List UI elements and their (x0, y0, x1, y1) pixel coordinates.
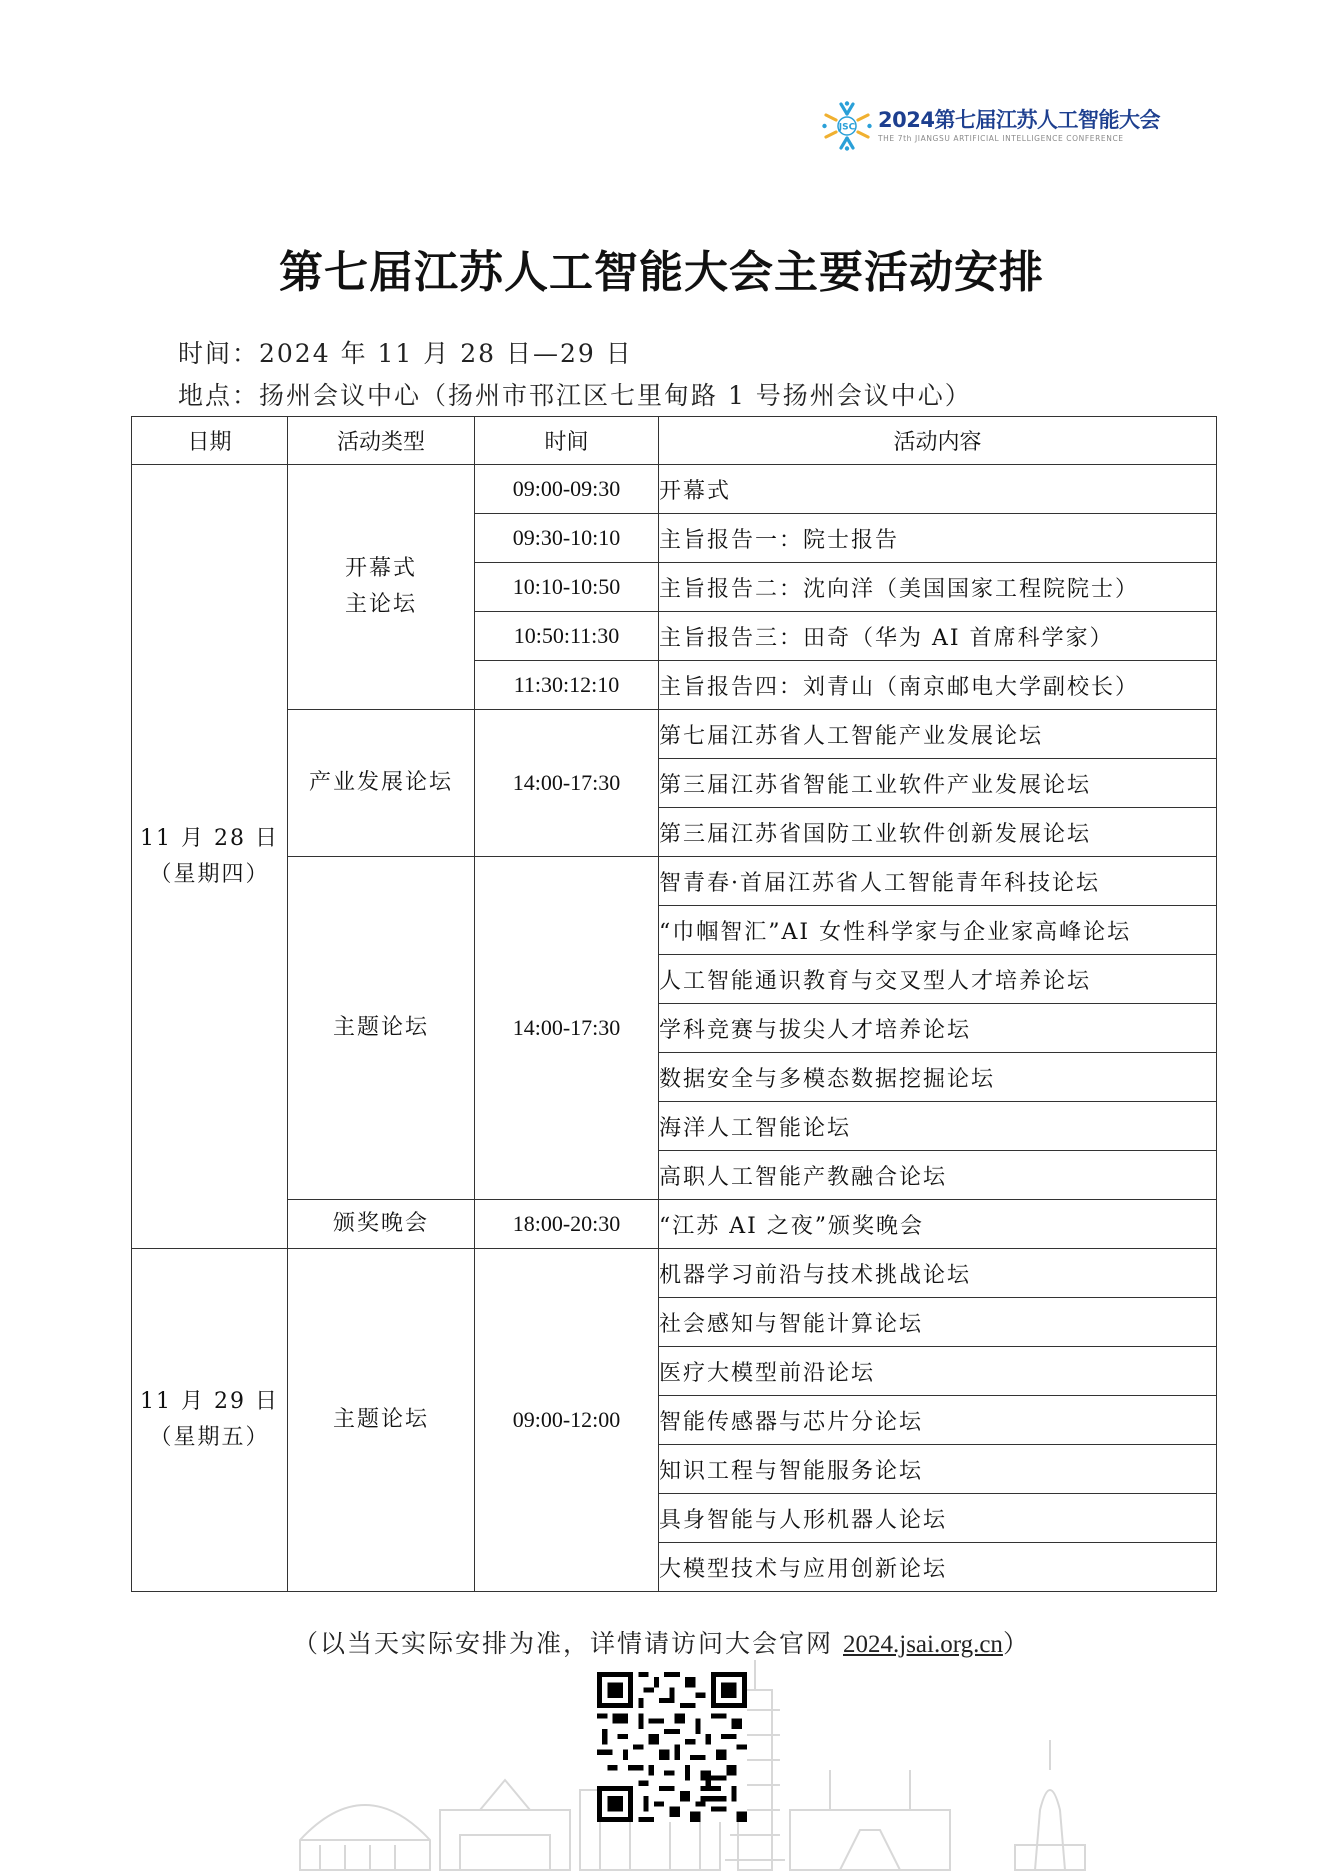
date-cell: 11 月 28 日 （星期四） (132, 465, 288, 1249)
time-cell: 10:50:11:30 (475, 612, 659, 661)
table-row: 主题论坛 14:00-17:30 智青春·首届江苏省人工智能青年科技论坛 (132, 857, 1217, 906)
table-row: 颁奖晚会 18:00-20:30 “江苏 AI 之夜”颁奖晚会 (132, 1200, 1217, 1249)
logo-title: 2024第七届江苏人工智能大会 (878, 108, 1160, 132)
logo-subtitle: THE 7th JIANGSU ARTIFICIAL INTELLIGENCE … (878, 134, 1160, 144)
header-date: 日期 (132, 417, 288, 465)
event-location: 地点：扬州会议中心（扬州市邗江区七里甸路 1 号扬州会议中心） (178, 376, 972, 412)
content-cell: 医疗大模型前沿论坛 (659, 1347, 1217, 1396)
website-link[interactable]: 2024.jsai.org.cn (843, 1631, 1003, 1658)
table-row: 产业发展论坛 14:00-17:30 第七届江苏省人工智能产业发展论坛 (132, 710, 1217, 759)
time-cell: 14:00-17:30 (475, 857, 659, 1200)
header-type: 活动类型 (288, 417, 475, 465)
content-cell: 第三届江苏省国防工业软件创新发展论坛 (659, 808, 1217, 857)
type-cell: 开幕式 主论坛 (288, 465, 475, 710)
content-cell: 第七届江苏省人工智能产业发展论坛 (659, 710, 1217, 759)
type-cell: 颁奖晚会 (288, 1200, 475, 1249)
type-cell: 产业发展论坛 (288, 710, 475, 857)
content-cell: 人工智能通识教育与交叉型人才培养论坛 (659, 955, 1217, 1004)
footer-note: （以当天实际安排为准，详情请访问大会官网 2024.jsai.org.cn） (0, 1624, 1323, 1660)
content-cell: 开幕式 (659, 465, 1217, 514)
content-cell: 大模型技术与应用创新论坛 (659, 1543, 1217, 1592)
time-cell: 09:00-09:30 (475, 465, 659, 514)
content-cell: 海洋人工智能论坛 (659, 1102, 1217, 1151)
header-time: 时间 (475, 417, 659, 465)
time-cell: 09:00-12:00 (475, 1249, 659, 1592)
content-cell: 机器学习前沿与技术挑战论坛 (659, 1249, 1217, 1298)
type-cell: 主题论坛 (288, 857, 475, 1200)
jsc-logo-icon: JSC (822, 101, 872, 151)
content-cell: 主旨报告三：田奇（华为 AI 首席科学家） (659, 612, 1217, 661)
event-time: 时间：2024 年 11 月 28 日—29 日 (178, 334, 633, 370)
time-cell: 10:10-10:50 (475, 563, 659, 612)
content-cell: 数据安全与多模态数据挖掘论坛 (659, 1053, 1217, 1102)
content-cell: 高职人工智能产教融合论坛 (659, 1151, 1217, 1200)
time-cell: 14:00-17:30 (475, 710, 659, 857)
content-cell: “江苏 AI 之夜”颁奖晚会 (659, 1200, 1217, 1249)
content-cell: 学科竞赛与拔尖人才培养论坛 (659, 1004, 1217, 1053)
svg-text:JSC: JSC (838, 123, 856, 133)
type-cell: 主题论坛 (288, 1249, 475, 1592)
content-cell: 具身智能与人形机器人论坛 (659, 1494, 1217, 1543)
content-cell: 智能传感器与芯片分论坛 (659, 1396, 1217, 1445)
qr-code-icon[interactable] (597, 1672, 747, 1822)
time-cell: 11:30:12:10 (475, 661, 659, 710)
time-cell: 09:30-10:10 (475, 514, 659, 563)
header-content: 活动内容 (659, 417, 1217, 465)
content-cell: “巾帼智汇”AI 女性科学家与企业家高峰论坛 (659, 906, 1217, 955)
table-row: 11 月 28 日 （星期四） 开幕式 主论坛 09:00-09:30 开幕式 (132, 465, 1217, 514)
table-header-row: 日期 活动类型 时间 活动内容 (132, 417, 1217, 465)
content-cell: 主旨报告四：刘青山（南京邮电大学副校长） (659, 661, 1217, 710)
content-cell: 主旨报告一：院士报告 (659, 514, 1217, 563)
content-cell: 社会感知与智能计算论坛 (659, 1298, 1217, 1347)
date-cell: 11 月 29 日 （星期五） (132, 1249, 288, 1592)
document-title: 第七届江苏人工智能大会主要活动安排 (0, 236, 1323, 300)
content-cell: 智青春·首届江苏省人工智能青年科技论坛 (659, 857, 1217, 906)
content-cell: 第三届江苏省智能工业软件产业发展论坛 (659, 759, 1217, 808)
content-cell: 知识工程与智能服务论坛 (659, 1445, 1217, 1494)
conference-logo: JSC 2024第七届江苏人工智能大会 THE 7th JIANGSU ARTI… (822, 98, 1160, 154)
schedule-table: 日期 活动类型 时间 活动内容 11 月 28 日 （星期四） 开幕式 主论坛 … (131, 416, 1217, 1592)
table-row: 11 月 29 日 （星期五） 主题论坛 09:00-12:00 机器学习前沿与… (132, 1249, 1217, 1298)
content-cell: 主旨报告二：沈向洋（美国国家工程院院士） (659, 563, 1217, 612)
time-cell: 18:00-20:30 (475, 1200, 659, 1249)
